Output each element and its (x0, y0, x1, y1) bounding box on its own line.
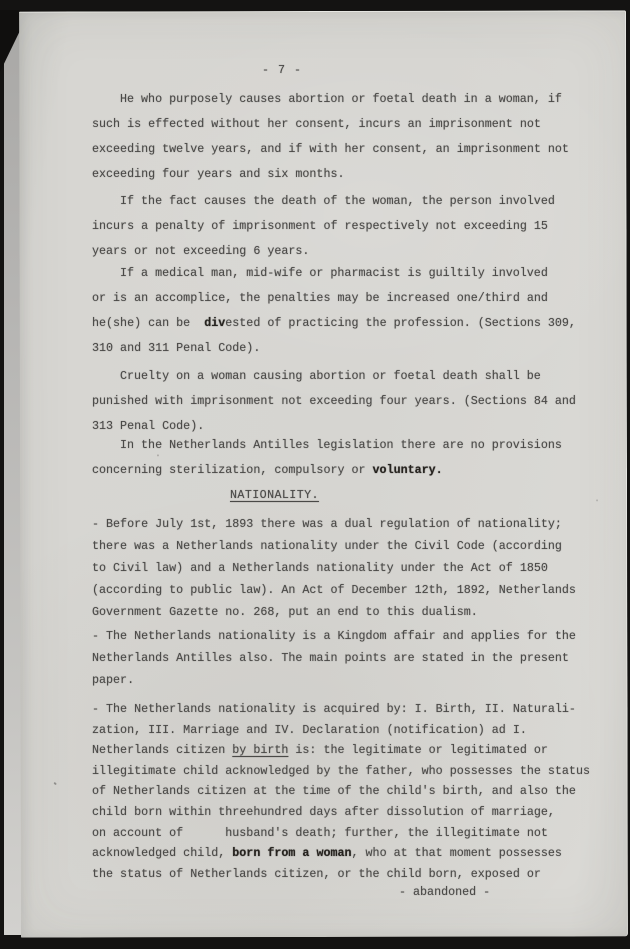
text-line: Cruelty on a woman causing abortion or f… (92, 364, 617, 389)
text-line: - The Netherlands nationality is acquire… (92, 699, 617, 720)
text-line: In the Netherlands Antilles legislation … (92, 433, 617, 458)
text-line: punished with imprisonment not exceeding… (92, 389, 617, 414)
text-run: 310 and 311 Penal Code). (92, 341, 260, 355)
text-run: illegitimate child acknowledged by the f… (92, 764, 590, 778)
text-run: In the Netherlands Antilles legislation … (120, 438, 562, 452)
catchword: - abandoned - (399, 882, 490, 902)
text-run: punished with imprisonment not exceeding… (92, 394, 576, 408)
text-line: - Before July 1st, 1893 there was a dual… (92, 513, 617, 535)
text-line: he(she) can be divested of practicing th… (92, 311, 617, 336)
text-line: such is effected without her consent, in… (92, 112, 617, 137)
bold-text-run: voluntary. (373, 463, 443, 477)
text-line: - The Netherlands nationality is a Kingd… (92, 625, 617, 647)
text-run: - The Netherlands nationality is acquire… (92, 702, 576, 716)
paragraph-sterilization: In the Netherlands Antilles legislation … (92, 433, 617, 483)
text-run: He who purposely causes abortion or foet… (120, 92, 562, 106)
text-line: child born within threehundred days afte… (92, 802, 617, 823)
text-run: If the fact causes the death of the woma… (120, 194, 555, 208)
scan-speck (53, 782, 57, 785)
paragraph-acquisition: - The Netherlands nationality is acquire… (92, 699, 617, 884)
text-line: or is an accomplice, the penalties may b… (92, 286, 617, 311)
text-line: of Netherlands citizen at the time of th… (92, 781, 617, 802)
text-line: concerning sterilization, compulsory or … (92, 458, 617, 483)
text-run: Cruelty on a woman causing abortion or f… (120, 369, 541, 383)
text-run: Netherlands citizen (92, 743, 232, 757)
text-run: he(she) can be (92, 316, 204, 330)
text-line: Government Gazette no. 268, put an end t… (92, 601, 617, 623)
text-line: incurs a penalty of imprisonment of resp… (92, 214, 617, 239)
text-run: child born within threehundred days afte… (92, 805, 555, 819)
text-line: paper. (92, 669, 617, 691)
text-line: NATIONALITY. (92, 483, 617, 507)
text-run: exceeding twelve years, and if with her … (92, 142, 569, 156)
text-run: , who at that moment possesses (352, 846, 562, 860)
text-run: Netherlands Antilles also. The main poin… (92, 651, 569, 665)
text-line: illegitimate child acknowledged by the f… (92, 761, 617, 782)
text-line: exceeding four years and six months. (92, 162, 617, 187)
text-run: concerning sterilization, compulsory or (92, 463, 373, 477)
text-line: to Civil law) and a Netherlands national… (92, 557, 617, 579)
text-run: paper. (92, 673, 134, 687)
underlined-text-run: by birth (232, 743, 288, 757)
paragraph-abortion-penalty: He who purposely causes abortion or foet… (92, 87, 617, 187)
text-run: zation, III. Marriage and IV. Declaratio… (92, 723, 527, 737)
text-run: (according to public law). An Act of Dec… (92, 583, 576, 597)
text-line: on account of husband's death; further, … (92, 823, 617, 844)
text-run: or is an accomplice, the penalties may b… (92, 291, 548, 305)
text-run: - Before July 1st, 1893 there was a dual… (92, 517, 562, 531)
text-run: acknowledged child, (92, 846, 232, 860)
bold-text-run: born from a woman (232, 846, 351, 860)
text-line: there was a Netherlands nationality unde… (92, 535, 617, 557)
bold-text-run: div (204, 316, 225, 330)
text-line: Netherlands Antilles also. The main poin… (92, 647, 617, 669)
document-text: He who purposely causes abortion or foet… (92, 0, 617, 949)
text-line: He who purposely causes abortion or foet… (92, 87, 617, 112)
paragraph-kingdom-affair: - The Netherlands nationality is a Kingd… (92, 625, 617, 691)
text-line: (according to public law). An Act of Dec… (92, 579, 617, 601)
text-run: on account of husband's death; further, … (92, 826, 548, 840)
text-run: - The Netherlands nationality is a Kingd… (92, 629, 576, 643)
text-run: there was a Netherlands nationality unde… (92, 539, 562, 553)
paragraph-cruelty: Cruelty on a woman causing abortion or f… (92, 364, 617, 439)
text-line: the status of Netherlands citizen, or th… (92, 864, 617, 885)
text-line: 310 and 311 Penal Code). (92, 336, 617, 361)
text-line: exceeding twelve years, and if with her … (92, 137, 617, 162)
photo-backdrop: - 7 - He who purposely causes abortion o… (0, 0, 630, 949)
paragraph-death-of-woman: If the fact causes the death of the woma… (92, 189, 617, 264)
text-run: 313 Penal Code). (92, 419, 204, 433)
underlined-text-run: NATIONALITY. (230, 488, 319, 502)
text-run: Government Gazette no. 268, put an end t… (92, 605, 478, 619)
text-line: zation, III. Marriage and IV. Declaratio… (92, 720, 617, 741)
text-run: incurs a penalty of imprisonment of resp… (92, 219, 548, 233)
text-run: of Netherlands citizen at the time of th… (92, 784, 576, 798)
text-run: If a medical man, mid-wife or pharmacist… (120, 266, 548, 280)
text-run: ested of practicing the profession. (Sec… (225, 316, 576, 330)
text-run: years or not exceeding 6 years. (92, 244, 309, 258)
text-run: exceeding four years and six months. (92, 167, 345, 181)
text-run: is: the legitimate or legitimated or (288, 743, 548, 757)
text-line: If a medical man, mid-wife or pharmacist… (92, 261, 617, 286)
paragraph-dual-regulation: - Before July 1st, 1893 there was a dual… (92, 513, 617, 623)
text-line: If the fact causes the death of the woma… (92, 189, 617, 214)
paragraph-medical-man: If a medical man, mid-wife or pharmacist… (92, 261, 617, 361)
text-run: the status of Netherlands citizen, or th… (92, 867, 541, 881)
text-line: acknowledged child, born from a woman, w… (92, 843, 617, 864)
text-line: Netherlands citizen by birth is: the leg… (92, 740, 617, 761)
text-run: to Civil law) and a Netherlands national… (92, 561, 548, 575)
nationality-heading: NATIONALITY. (92, 483, 617, 507)
text-run: such is effected without her consent, in… (92, 117, 541, 131)
